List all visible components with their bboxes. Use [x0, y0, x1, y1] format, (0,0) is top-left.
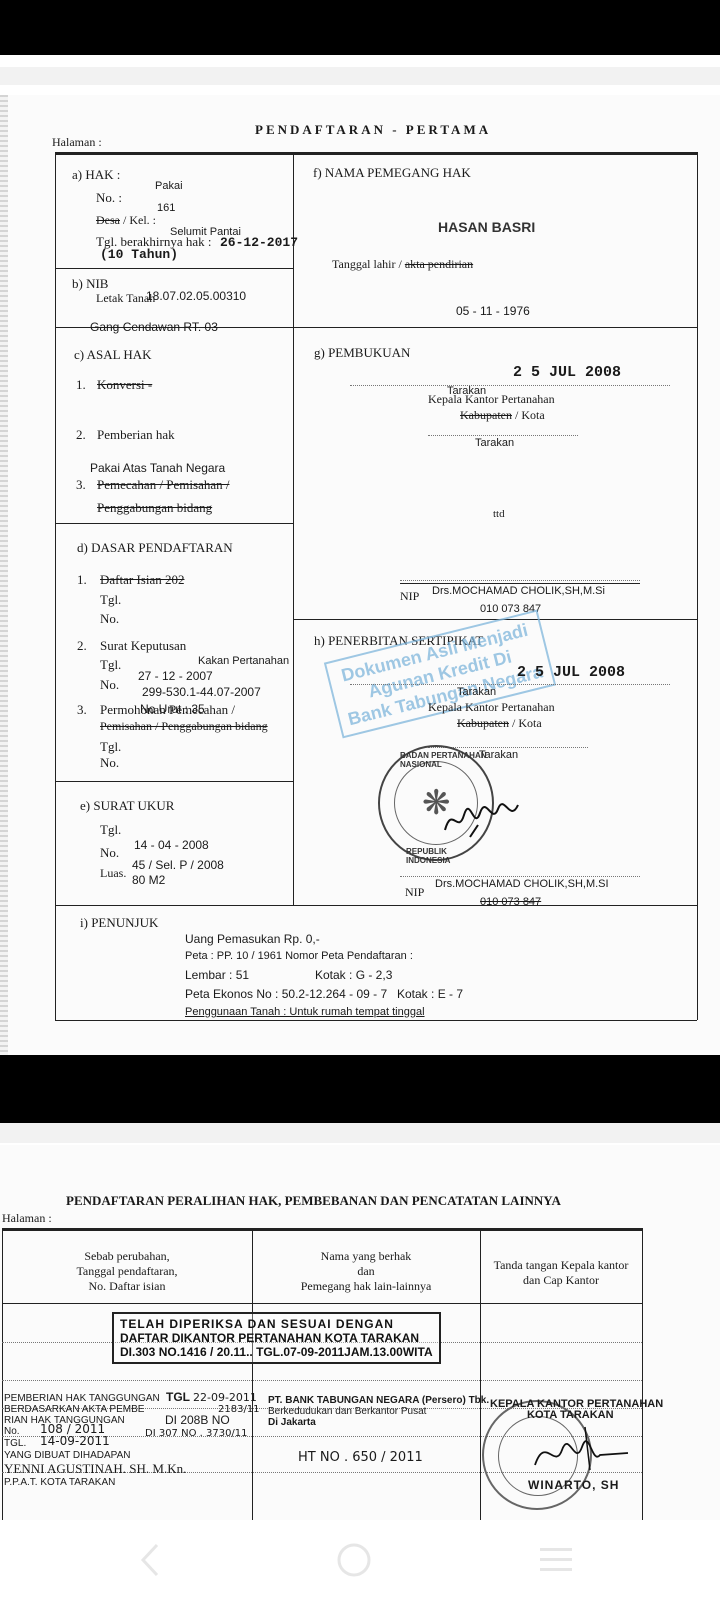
- menu-icon: [539, 1546, 573, 1574]
- bank-name: PT. BANK TABUNGAN NEGARA (Persero) Tbk.: [268, 1395, 489, 1406]
- signer-name: WINARTO, SH: [528, 1478, 619, 1492]
- kotak-e: Kotak : E - 7: [397, 987, 463, 1001]
- scan-dark-border-middle: [0, 1055, 720, 1123]
- back-button[interactable]: [128, 1538, 172, 1582]
- nip-label: NIP: [405, 885, 424, 900]
- konversi-struck: Konversi -: [97, 377, 152, 393]
- penggunaan-tanah: Penggunaan Tanah : Untuk rumah tempat ti…: [185, 1006, 425, 1018]
- item-number: 3.: [77, 702, 87, 718]
- menu-button[interactable]: [534, 1538, 578, 1582]
- scan-edge: [0, 95, 8, 1055]
- desa-label-struck: Desa: [96, 213, 120, 227]
- stamp-line: DI.303 NO.1416 / 20.11.. TGL.07-09-2011J…: [120, 1345, 433, 1359]
- nip-value: 010 073 847: [480, 896, 541, 908]
- ppat-name: YENNI AGUSTINAH. SH. M.Kn.: [4, 1461, 186, 1477]
- header-line: No. Daftar isian: [2, 1279, 252, 1294]
- akta-date: 14-09-2011: [40, 1434, 110, 1448]
- luas-label: Luas.: [100, 866, 126, 881]
- sk-number: 299-530.1-44.07-2007: [142, 685, 261, 699]
- divider-e-i: [55, 905, 697, 906]
- header-line: dan Cap Kantor: [480, 1273, 642, 1288]
- page-title: PENDAFTARAN - PERTAMA: [255, 122, 491, 138]
- surat-ukur-date: 14 - 04 - 2008: [134, 838, 209, 852]
- tgl-label: Tgl.: [100, 592, 121, 608]
- daftar-isian-307: DI 307 NO . 3730/11: [145, 1428, 248, 1439]
- lembar: Lembar : 51: [185, 968, 249, 982]
- dotted-line: [350, 684, 670, 685]
- column-header-tanda-tangan: Tanda tangan Kepala kantor dan Cap Kanto…: [480, 1258, 642, 1288]
- entry-line: TGL.: [4, 1438, 26, 1449]
- entry-line: No.: [4, 1426, 20, 1437]
- table-top-border: [2, 1228, 642, 1231]
- no-label: No.: [100, 755, 119, 771]
- daftar-isian-struck: Daftar Isian 202: [100, 572, 184, 588]
- document-page-peralihan-hak: PENDAFTARAN PERALIHAN HAK, PEMBEBANAN DA…: [0, 1145, 720, 1520]
- header-line: Sebab perubahan,: [2, 1249, 252, 1264]
- no-label: No.: [100, 845, 119, 861]
- uang-pemasukan: Uang Pemasukan Rp. 0,-: [185, 932, 320, 946]
- item-number: 2.: [76, 427, 86, 443]
- duration: (10 Tahun): [100, 247, 178, 262]
- home-button[interactable]: [332, 1538, 376, 1582]
- column-header-nama-berhak: Nama yang berhak dan Pemegang hak lain-l…: [252, 1249, 480, 1294]
- dotted-line: [400, 876, 640, 877]
- page-title: PENDAFTARAN PERALIHAN HAK, PEMBEBANAN DA…: [66, 1193, 561, 1209]
- entry-line: P.P.A.T. KOTA TARAKAN: [4, 1477, 115, 1488]
- back-icon: [140, 1543, 160, 1577]
- sk-issuer: Kakan Pertanahan: [198, 655, 289, 667]
- divider-d-e: [55, 781, 293, 782]
- scan-dark-border-top: [0, 0, 720, 55]
- hak-number: 161: [157, 202, 175, 214]
- kota-label: / Kota: [509, 716, 542, 730]
- entry-line: PEMBERIAN HAK TANGGUNGAN: [4, 1393, 160, 1404]
- surat-keputusan-label: Surat Keputusan: [100, 638, 186, 654]
- image-separator: [0, 1123, 720, 1143]
- header-line: Tanggal pendaftaran,: [2, 1264, 252, 1279]
- header-line: Tanda tangan Kepala kantor: [480, 1258, 642, 1273]
- stamp-line: DAFTAR DIKANTOR PERTANAHAN KOTA TARAKAN: [120, 1331, 433, 1345]
- section-i-heading: i) PENUNJUK: [80, 915, 158, 931]
- image-separator: [0, 67, 720, 85]
- item-number: 1.: [76, 377, 86, 393]
- daftar-isian-208: DI 208B NO: [165, 1413, 230, 1427]
- hak-value: Pakai: [155, 180, 183, 192]
- section-c-heading: c) ASAL HAK: [74, 347, 152, 363]
- dotted-line: [400, 580, 640, 581]
- divider-a-b: [55, 268, 293, 269]
- table-right-border: [642, 1228, 643, 1528]
- nip-label: NIP: [400, 589, 419, 604]
- pemberian-hak-value: Pakai Atas Tanah Negara: [90, 461, 225, 475]
- sk-date: 27 - 12 - 2007: [138, 669, 213, 683]
- halaman-label: Halaman :: [2, 1211, 52, 1226]
- table-bottom-border: [55, 1020, 697, 1021]
- akta-pendirian-struck: akta pendirian: [405, 257, 473, 271]
- kel-label: / Kel. :: [120, 213, 156, 227]
- section-b-heading: b) NIB: [72, 276, 108, 292]
- expiry-date: 26-12-2017: [220, 235, 298, 250]
- table-left-border: [55, 152, 56, 1020]
- pembukuan-date: 2 5 JUL 2008: [513, 364, 621, 381]
- birth-date: 05 - 11 - 1976: [456, 304, 530, 318]
- luas-value: 80 M2: [132, 873, 165, 887]
- tgl-label: TGL: [166, 1390, 190, 1404]
- tgl-lahir-label: Tanggal lahir /: [332, 257, 405, 271]
- surat-ukur-number: 45 / Sel. P / 2008: [132, 858, 224, 872]
- peta-pendaftaran: Peta : PP. 10 / 1961 Nomor Peta Pendafta…: [185, 950, 413, 962]
- section-f-heading: f) NAMA PEMEGANG HAK: [313, 165, 471, 181]
- seal-text-bottom: REPUBLIK INDONESIA: [406, 847, 492, 865]
- penggabungan-struck: Penggabungan bidang: [97, 500, 212, 516]
- official-name: Drs.MOCHAMAD CHOLIK,SH,M.SI: [435, 878, 609, 890]
- signature-scribble: [530, 1425, 630, 1475]
- official-name: Drs.MOCHAMAD CHOLIK,SH,M.Si: [432, 585, 605, 597]
- city-value: Tarakan: [475, 437, 514, 449]
- item-number: 2.: [77, 638, 87, 654]
- no-label: No.: [100, 611, 119, 627]
- tgl-label: Tgl.: [100, 822, 121, 838]
- pemberian-hak-label: Pemberian hak: [97, 427, 175, 443]
- header-line: Nama yang berhak: [252, 1249, 480, 1264]
- entry-line: BERDASARKAN AKTA PEMBE: [4, 1404, 144, 1415]
- section-g-heading: g) PEMBUKUAN: [314, 345, 410, 361]
- pemisahan-struck: Pemisahan / Penggabungan bidang: [100, 719, 268, 734]
- table-right-border: [697, 152, 698, 1020]
- office-city: KOTA TARAKAN: [527, 1409, 614, 1421]
- pemecahan-struck: Pemecahan / Pemisahan /: [97, 477, 230, 493]
- city-overlay: Tarakan: [457, 686, 496, 698]
- penerbitan-date: 2 5 JUL 2008: [517, 664, 625, 681]
- no-urut-overlay: No Urut : 35: [140, 702, 205, 716]
- tgl-label: Tgl.: [100, 739, 121, 755]
- registration-date: 22-09-2011: [193, 1391, 257, 1404]
- entry-line: Berkedudukan dan Berkantor Pusat: [268, 1406, 426, 1417]
- section-a-heading: a) HAK :: [72, 167, 120, 183]
- dotted-line: [350, 385, 670, 386]
- entry-line: Di Jakarta: [268, 1417, 316, 1428]
- item-number: 3.: [76, 477, 86, 493]
- holder-name: HASAN BASRI: [438, 219, 535, 235]
- signature-line: [400, 583, 640, 584]
- kabupaten-struck: Kabupaten: [460, 408, 512, 422]
- dotted-line: [428, 435, 578, 436]
- divider-c-d: [55, 523, 293, 524]
- table-center-divider: [293, 152, 294, 905]
- document-page-pendaftaran-pertama: Halaman : PENDAFTARAN - PERTAMA a) HAK :…: [0, 95, 720, 1055]
- office-title: Kepala Kantor Pertanahan: [428, 700, 555, 715]
- hak-tanggungan-number: HT NO . 650 / 2011: [298, 1450, 423, 1465]
- header-bottom-border: [2, 1303, 642, 1304]
- system-navigation-bar: [0, 1520, 720, 1600]
- kota-label: / Kota: [512, 408, 545, 422]
- section-e-heading: e) SURAT UKUR: [80, 798, 174, 814]
- nib-value: 18.07.02.05.00310: [146, 289, 246, 303]
- tgl-label: Tgl.: [100, 657, 121, 673]
- column-header-sebab-perubahan: Sebab perubahan, Tanggal pendaftaran, No…: [2, 1249, 252, 1294]
- item-number: 1.: [77, 572, 87, 588]
- entry-line: YANG DIBUAT DIHADAPAN: [4, 1450, 131, 1461]
- kotak-g: Kotak : G - 2,3: [315, 968, 392, 982]
- verification-stamp: TELAH DIPERIKSA DAN SESUAI DENGAN DAFTAR…: [112, 1312, 441, 1364]
- halaman-label: Halaman :: [52, 135, 102, 150]
- header-line: Pemegang hak lain-lainnya: [252, 1279, 480, 1294]
- no-label: No. :: [96, 190, 122, 206]
- office-title: Kepala Kantor Pertanahan: [428, 392, 555, 407]
- table-top-border: [55, 152, 697, 155]
- header-line: dan: [252, 1264, 480, 1279]
- letak-tanah-value: Gang Cendawan RT. 03: [90, 320, 218, 334]
- seal-text-top: BADAN PERTANAHAN NASIONAL: [400, 751, 492, 769]
- no-label: No.: [100, 677, 119, 693]
- kabupaten-struck: Kabupaten: [457, 716, 509, 730]
- peta-ekonos: Peta Ekonos No : 50.2-12.264 - 09 - 7: [185, 987, 387, 1001]
- signature-scribble: [440, 785, 530, 845]
- dotted-row-line: [2, 1380, 642, 1381]
- stamp-line: TELAH DIPERIKSA DAN SESUAI DENGAN: [120, 1317, 433, 1331]
- ttd-label: ttd: [493, 508, 505, 520]
- home-icon: [336, 1542, 372, 1578]
- section-d-heading: d) DASAR PENDAFTARAN: [77, 540, 233, 556]
